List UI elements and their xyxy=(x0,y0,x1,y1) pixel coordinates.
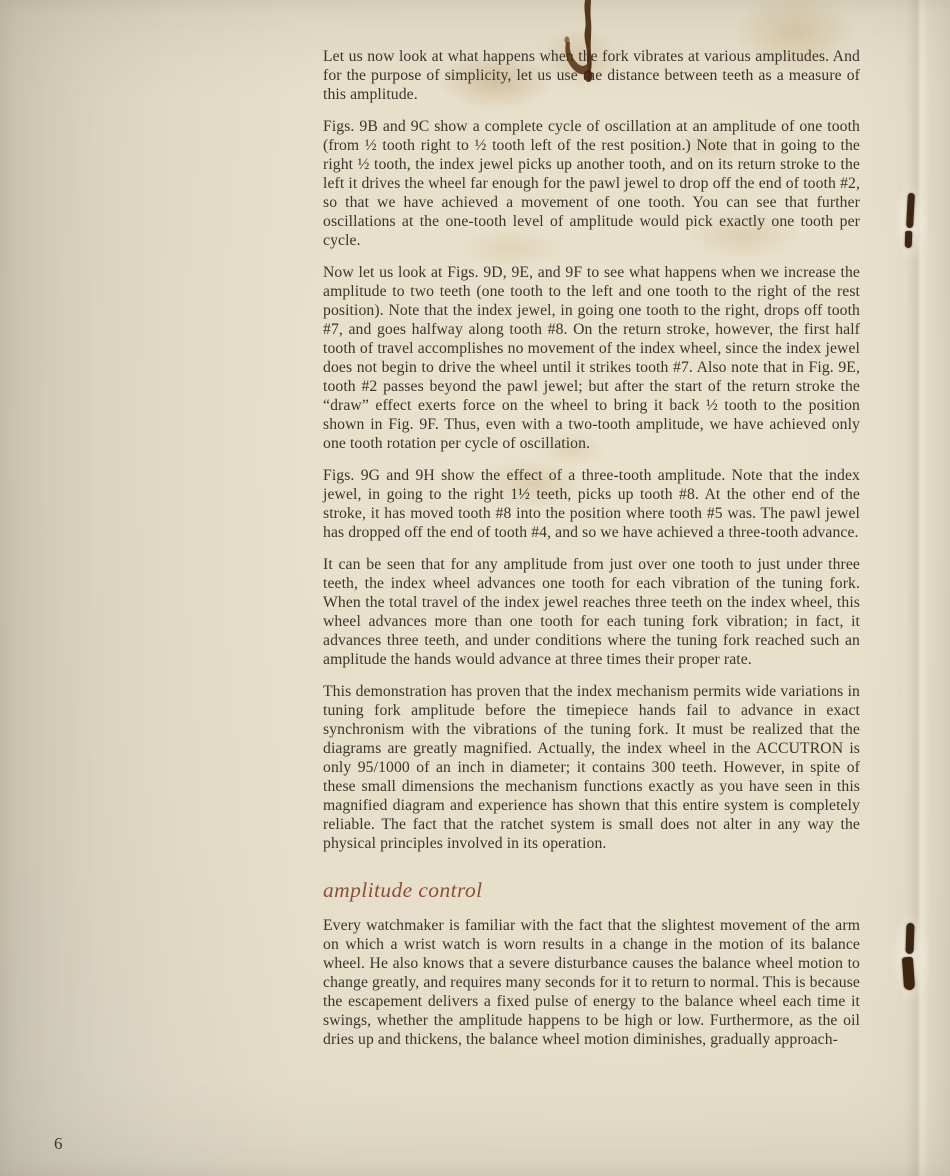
staple-mark-top xyxy=(906,193,915,228)
fold-crease xyxy=(906,0,932,1176)
body-paragraph-7: Every watchmaker is familiar with the fa… xyxy=(323,916,860,1049)
scanned-manual-page: Let us now look at what happens when the… xyxy=(0,0,950,1176)
body-paragraph-6: This demonstration has proven that the i… xyxy=(323,682,860,853)
body-paragraph-5: It can be seen that for any amplitude fr… xyxy=(323,555,860,669)
body-paragraph-2: Figs. 9B and 9C show a complete cycle of… xyxy=(323,117,860,250)
text-column: Let us now look at what happens when the… xyxy=(323,47,860,1062)
staple-mark-bottom xyxy=(905,923,914,954)
staple-halo xyxy=(893,182,929,262)
staple-mark-bottom xyxy=(902,957,915,991)
body-paragraph-4: Figs. 9G and 9H show the effect of a thr… xyxy=(323,466,860,542)
body-paragraph-1: Let us now look at what happens when the… xyxy=(323,47,860,104)
section-heading-amplitude-control: amplitude control xyxy=(323,877,860,903)
staple-halo xyxy=(891,912,931,1004)
body-paragraph-3: Now let us look at Figs. 9D, 9E, and 9F … xyxy=(323,263,860,453)
page-number: 6 xyxy=(54,1134,63,1154)
staple-mark-top xyxy=(905,231,913,248)
